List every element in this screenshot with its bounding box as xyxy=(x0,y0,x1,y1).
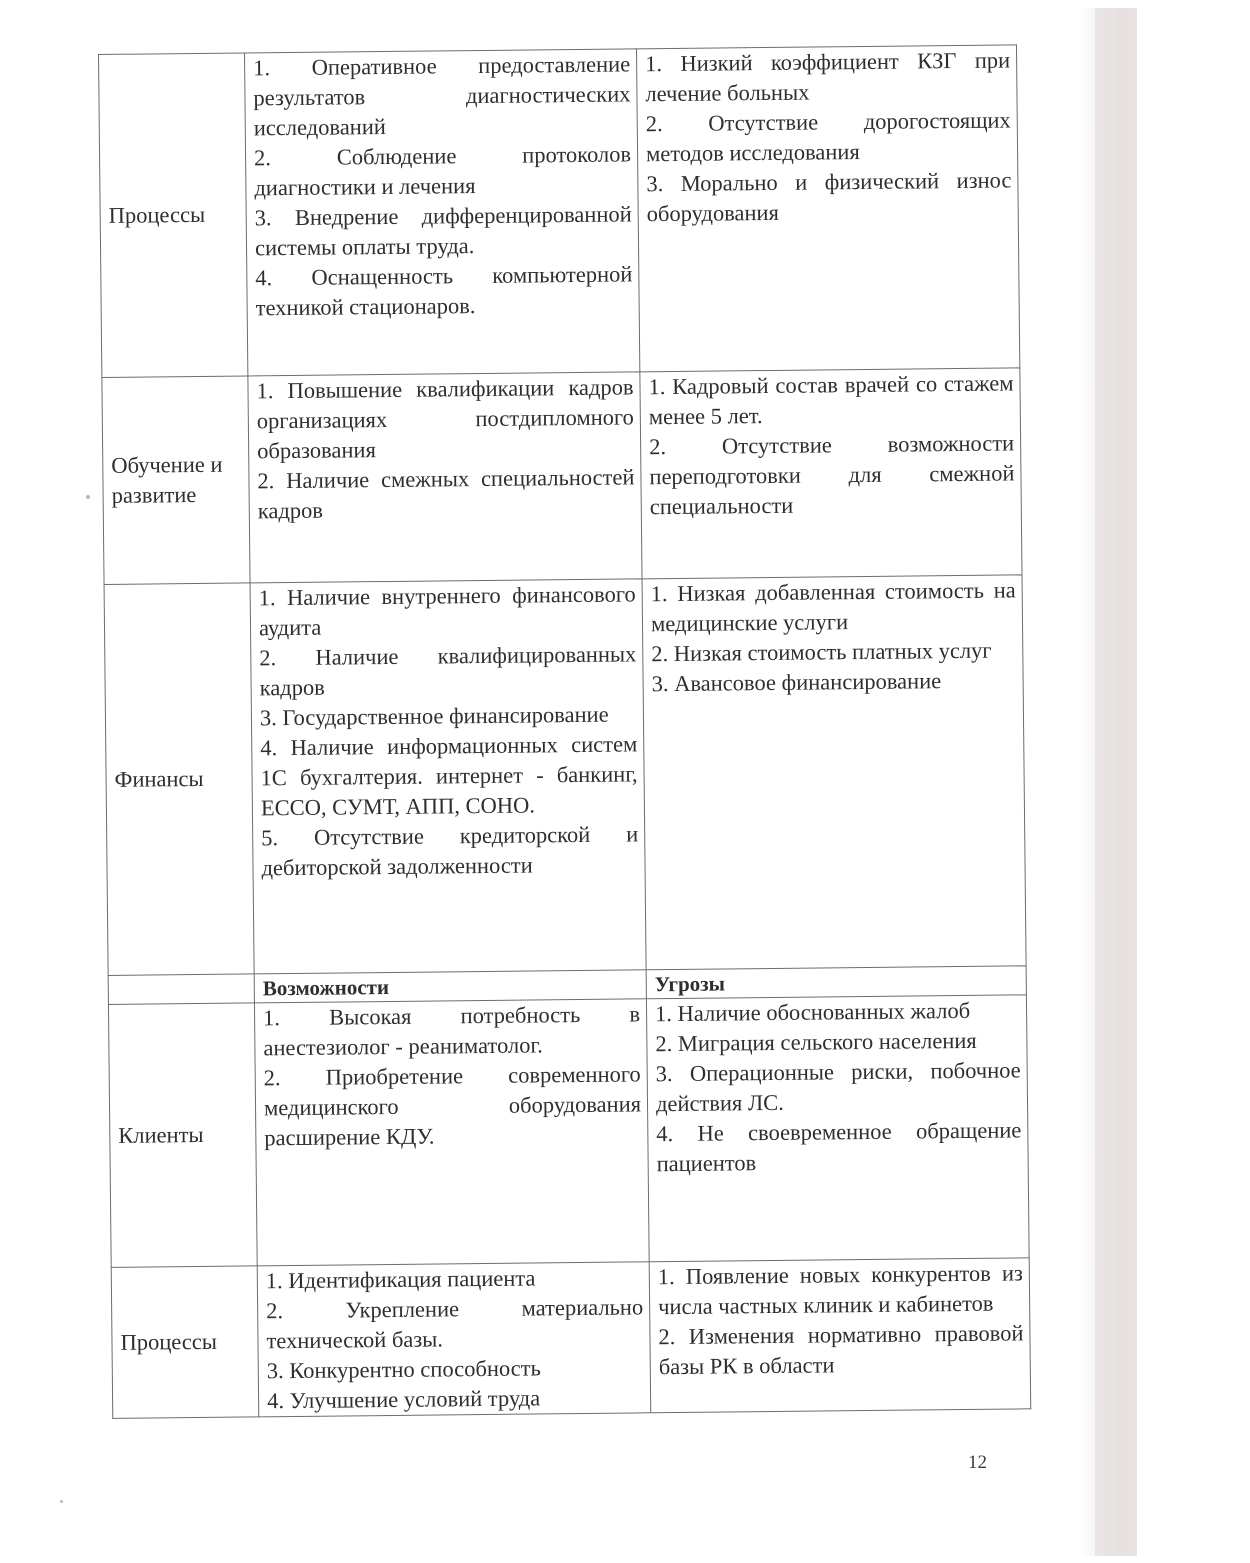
document-page: Процессы 1. Оперативное предоставление р… xyxy=(98,44,1030,1419)
opportunities-cell: 1. Высокая потребность в анестезиолог - … xyxy=(254,999,649,1266)
opportunities-heading: Возможности xyxy=(263,975,389,1000)
table-row: Клиенты 1. Высокая потребность в анестез… xyxy=(108,995,1029,1268)
category-cell: Клиенты xyxy=(108,1003,257,1268)
list-item: 1. Наличие обоснованных жалоб xyxy=(655,995,1020,1029)
category-cell: Обучение и развитие xyxy=(102,376,250,585)
list-item: 1. Низкая добавленная стоимость на медиц… xyxy=(651,575,1017,639)
threats-list: 1. Наличие обоснованных жалоб 2. Миграци… xyxy=(655,995,1022,1179)
list-item: 2. Отсутствие возможности переподготовки… xyxy=(649,428,1015,522)
weaknesses-cell: 1. Кадровый состав врачей со стажем мене… xyxy=(640,368,1022,579)
category-label: Клиенты xyxy=(118,1122,204,1148)
list-item: 3. Государственное финансирование xyxy=(260,699,637,733)
strengths-cell: 1. Наличие внутреннего финансового аудит… xyxy=(250,579,646,974)
page-number: 12 xyxy=(968,1452,987,1474)
category-label: Обучение и развитие xyxy=(111,452,222,508)
weaknesses-cell: 1. Низкая добавленная стоимость на медиц… xyxy=(642,575,1026,970)
threats-list: 1. Появление новых конкурентов из числа … xyxy=(658,1258,1024,1382)
list-item: 3. Морально и физический износ оборудова… xyxy=(646,165,1012,229)
category-label: Процессы xyxy=(120,1329,217,1355)
list-item: 1. Оперативное предоставление результато… xyxy=(253,49,631,143)
list-item: 1. Повышение квалификации кадров организ… xyxy=(256,372,634,466)
list-item: 5. Отсутствие кредиторской и дебиторской… xyxy=(261,819,639,883)
opportunities-list: 1. Идентификация пациента 2. Укрепление … xyxy=(266,1262,645,1416)
list-item: 2. Изменения нормативно правовой базы РК… xyxy=(658,1318,1024,1382)
header-cell-threats: Угрозы xyxy=(646,966,1026,999)
strengths-list: 1. Оперативное предоставление результато… xyxy=(253,49,633,323)
list-item: 2. Низкая стоимость платных услуг xyxy=(651,635,1016,669)
table-row: Процессы 1. Оперативное предоставление р… xyxy=(99,45,1020,378)
weaknesses-list: 1. Кадровый состав врачей со стажем мене… xyxy=(648,368,1015,522)
weaknesses-list: 1. Низкая добавленная стоимость на медиц… xyxy=(651,575,1017,699)
header-cell-empty xyxy=(108,974,254,1005)
list-item: 2. Соблюдение протоколов диагностики и л… xyxy=(254,139,632,203)
list-item: 1. Низкий коэффициент КЗГ при лечение бо… xyxy=(645,45,1011,109)
category-cell: Процессы xyxy=(111,1266,259,1419)
list-item: 4. Не своевременное обращение пациентов xyxy=(656,1115,1022,1179)
list-item: 4. Улучшение условий труда xyxy=(267,1382,644,1416)
table-row: Обучение и развитие 1. Повышение квалифи… xyxy=(102,368,1022,585)
list-item: 1. Высокая потребность в анестезиолог - … xyxy=(263,999,641,1063)
threats-cell: 1. Появление новых конкурентов из числа … xyxy=(649,1258,1031,1413)
category-cell: Финансы xyxy=(104,583,254,976)
list-item: 4. Наличие информационных систем 1С бухг… xyxy=(260,729,638,823)
list-item: 3. Конкурентно способность xyxy=(267,1352,644,1386)
list-item: 3. Операционные риски, побочное действия… xyxy=(656,1055,1022,1119)
table-row: Процессы 1. Идентификация пациента 2. Ук… xyxy=(111,1258,1031,1419)
list-item: 3. Внедрение дифференцированной системы … xyxy=(255,199,633,263)
list-item: 3. Авансовое финансирование xyxy=(651,665,1016,699)
page-edge-shadow xyxy=(1080,8,1096,1556)
page-edge xyxy=(1095,8,1137,1556)
weaknesses-cell: 1. Низкий коэффициент КЗГ при лечение бо… xyxy=(636,45,1019,372)
list-item: 1. Появление новых конкурентов из числа … xyxy=(658,1258,1024,1322)
list-item: 1. Наличие внутреннего финансового аудит… xyxy=(259,579,637,643)
scan-speck xyxy=(86,495,90,499)
swot-table: Процессы 1. Оперативное предоставление р… xyxy=(98,44,1031,1419)
list-item: 2. Отсутствие дорогостоящих методов иссл… xyxy=(646,105,1012,169)
category-label: Процессы xyxy=(109,202,206,228)
weaknesses-list: 1. Низкий коэффициент КЗГ при лечение бо… xyxy=(645,45,1012,229)
threats-cell: 1. Наличие обоснованных жалоб 2. Миграци… xyxy=(646,995,1029,1262)
list-item: 2. Укрепление материально технической ба… xyxy=(266,1292,644,1356)
list-item: 4. Оснащенность компьютерной техникой ст… xyxy=(255,259,633,323)
list-item: 1. Кадровый состав врачей со стажем мене… xyxy=(648,368,1014,432)
strengths-list: 1. Повышение квалификации кадров организ… xyxy=(256,372,635,526)
threats-heading: Угрозы xyxy=(655,971,725,996)
list-item: 2. Наличие квалифицированных кадров xyxy=(259,639,637,703)
scan-speck xyxy=(60,1500,63,1503)
strengths-list: 1. Наличие внутреннего финансового аудит… xyxy=(259,579,639,883)
list-item: 1. Идентификация пациента xyxy=(266,1262,643,1296)
strengths-cell: 1. Повышение квалификации кадров организ… xyxy=(248,372,642,583)
category-cell: Процессы xyxy=(99,53,248,378)
strengths-cell: 1. Оперативное предоставление результато… xyxy=(244,49,639,376)
opportunities-cell: 1. Идентификация пациента 2. Укрепление … xyxy=(257,1262,651,1417)
table-row: Финансы 1. Наличие внутреннего финансово… xyxy=(104,575,1026,976)
category-label: Финансы xyxy=(114,766,203,792)
list-item: 2. Наличие смежных специальностей кадров xyxy=(257,462,635,526)
header-cell-opportunities: Возможности xyxy=(254,970,646,1003)
opportunities-list: 1. Высокая потребность в анестезиолог - … xyxy=(263,999,642,1153)
list-item: 2. Миграция сельского населения xyxy=(655,1025,1020,1059)
list-item: 2. Приобретение современного медицинског… xyxy=(264,1059,642,1153)
